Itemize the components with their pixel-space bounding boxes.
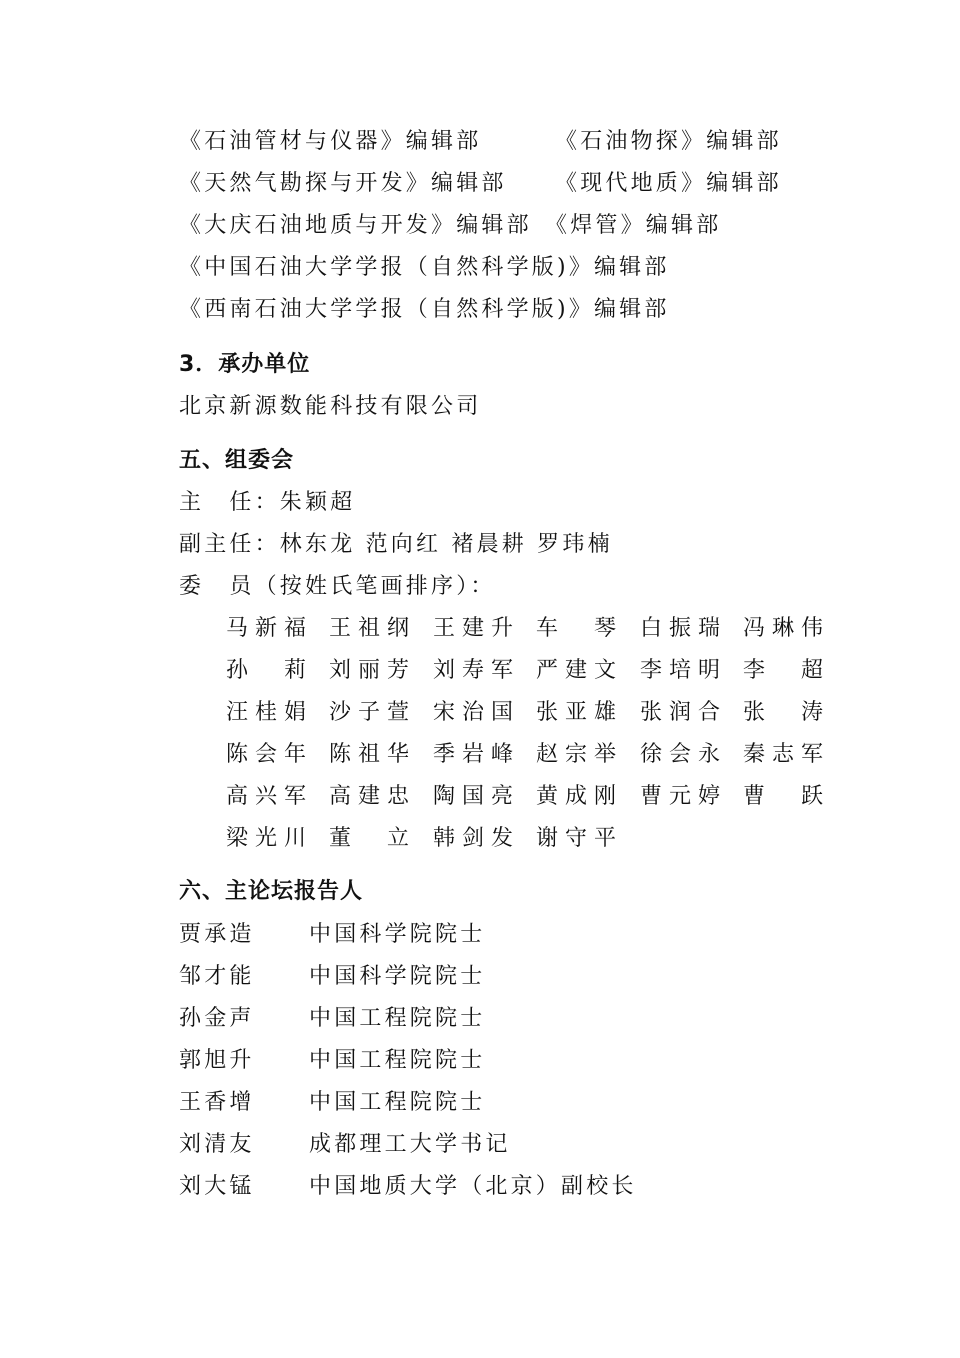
undertaker-heading: 3．承办单位 xyxy=(179,350,310,380)
speaker-title: 中国工程院院士 xyxy=(309,1046,485,1076)
speaker-title: 中国科学院院士 xyxy=(309,920,485,950)
committee-member: 曹元婷 xyxy=(640,782,720,812)
committee-member: 谢守平 xyxy=(536,824,616,854)
committee-member: 张润合 xyxy=(640,698,720,728)
co-organizer-item: 《西南石油大学学报（自然科学版)》编辑部 xyxy=(179,295,670,325)
committee-member: 刘寿军 xyxy=(433,656,513,686)
speakers-heading: 六、主论坛报告人 xyxy=(179,877,363,907)
committee-member: 李培明 xyxy=(640,656,720,686)
co-organizer-item: 《现代地质》编辑部 xyxy=(555,169,782,199)
committee-members-label: 委 员（按姓氏笔画排序）： xyxy=(179,572,496,602)
committee-member: 秦志军 xyxy=(743,740,823,770)
committee-heading: 五、组委会 xyxy=(179,446,294,476)
committee-member: 白振瑞 xyxy=(640,614,720,644)
committee-member: 徐会永 xyxy=(640,740,720,770)
committee-member: 梁光川 xyxy=(226,824,306,854)
co-organizer-item: 《大庆石油地质与开发》编辑部 xyxy=(179,211,532,241)
co-organizer-item: 《天然气勘探与开发》编辑部 xyxy=(179,169,507,199)
committee-member: 沙子萱 xyxy=(329,698,409,728)
committee-member: 陈祖华 xyxy=(329,740,409,770)
speaker-name: 郭旭升 xyxy=(179,1046,255,1076)
speaker-title: 成都理工大学书记 xyxy=(309,1130,511,1160)
speaker-name: 刘清友 xyxy=(179,1130,255,1160)
speaker-title: 中国工程院院士 xyxy=(309,1088,485,1118)
committee-director: 主 任：朱颖超 xyxy=(179,488,355,518)
co-organizer-item: 《焊管》编辑部 xyxy=(545,211,721,241)
committee-member: 王建升 xyxy=(433,614,513,644)
committee-deputy: 副主任：林东龙 范向红 褚晨耕 罗玮楠 xyxy=(179,530,613,560)
speaker-name: 孙金声 xyxy=(179,1004,255,1034)
committee-member: 黄成刚 xyxy=(536,782,616,812)
committee-member: 严建文 xyxy=(536,656,616,686)
committee-member: 汪桂娟 xyxy=(226,698,306,728)
committee-member: 陶国亮 xyxy=(433,782,513,812)
speaker-title: 中国工程院院士 xyxy=(309,1004,485,1034)
committee-member: 王祖纲 xyxy=(329,614,409,644)
committee-member: 张亚雄 xyxy=(536,698,616,728)
committee-member: 冯琳伟 xyxy=(743,614,823,644)
speaker-name: 王香增 xyxy=(179,1088,255,1118)
undertaker-name: 北京新源数能科技有限公司 xyxy=(179,392,481,422)
committee-member: 赵宗举 xyxy=(536,740,616,770)
committee-member: 陈会年 xyxy=(226,740,306,770)
committee-member: 张涛 xyxy=(743,698,823,728)
committee-member: 高兴军 xyxy=(226,782,306,812)
co-organizer-item: 《中国石油大学学报（自然科学版)》编辑部 xyxy=(179,253,670,283)
committee-member: 车琴 xyxy=(536,614,616,644)
committee-member: 李超 xyxy=(743,656,823,686)
committee-member: 高建忠 xyxy=(329,782,409,812)
speaker-name: 邹才能 xyxy=(179,962,255,992)
committee-member: 曹跃 xyxy=(743,782,823,812)
speaker-title: 中国地质大学（北京）副校长 xyxy=(309,1172,637,1202)
co-organizer-item: 《石油管材与仪器》编辑部 xyxy=(179,127,481,157)
committee-member: 韩剑发 xyxy=(433,824,513,854)
committee-member: 刘丽芳 xyxy=(329,656,409,686)
committee-member: 马新福 xyxy=(226,614,306,644)
speaker-name: 贾承造 xyxy=(179,920,255,950)
committee-member: 董立 xyxy=(329,824,409,854)
committee-member: 孙莉 xyxy=(226,656,306,686)
co-organizer-item: 《石油物探》编辑部 xyxy=(555,127,782,157)
committee-member: 季岩峰 xyxy=(433,740,513,770)
speaker-name: 刘大锰 xyxy=(179,1172,255,1202)
committee-member: 宋治国 xyxy=(433,698,513,728)
speaker-title: 中国科学院院士 xyxy=(309,962,485,992)
